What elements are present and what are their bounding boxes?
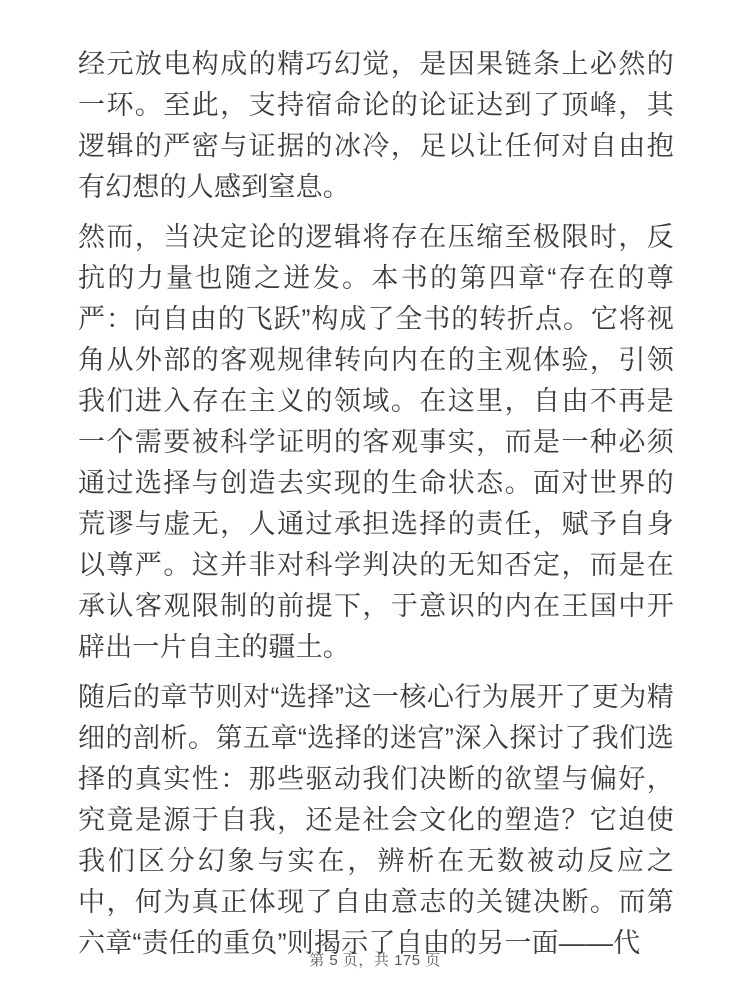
page-number-footer: 第 5 页，共 175 页: [0, 952, 750, 970]
paragraph-chapter-four-existential-turn: 然而，当决定论的逻辑将存在压缩至极限时，反抗的力量也随之迸发。本书的第四章“存在…: [78, 217, 674, 668]
document-page: 经元放电构成的精巧幻觉，是因果链条上必然的一环。至此，支持宿命论的论证达到了顶峰…: [0, 0, 750, 1000]
document-body: 经元放电构成的精巧幻觉，是因果链条上必然的一环。至此，支持宿命论的论证达到了顶峰…: [78, 44, 674, 964]
paragraph-chapters-five-six-choice: 随后的章节则对“选择”这一核心行为展开了更为精细的剖析。第五章“选择的迷宫”深入…: [78, 677, 674, 964]
paragraph-neuron-illusion: 经元放电构成的精巧幻觉，是因果链条上必然的一环。至此，支持宿命论的论证达到了顶峰…: [78, 44, 674, 208]
